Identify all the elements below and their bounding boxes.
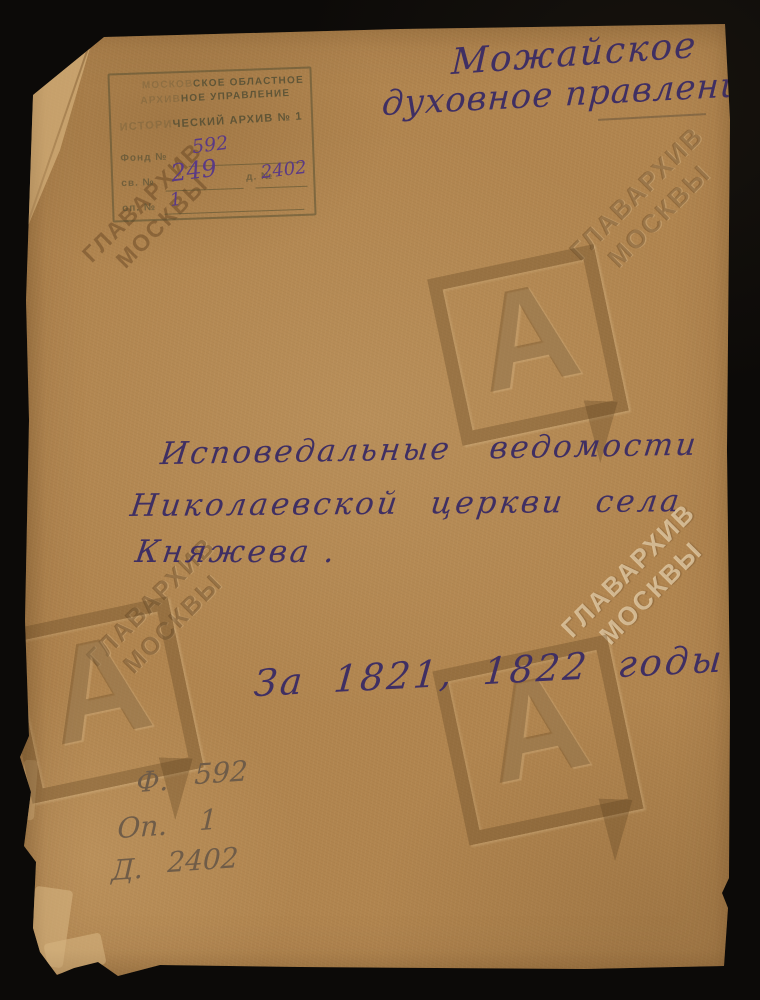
archive-stamp: МОСКОВСКОЕ ОБЛАСТНОЕ АРХИВНОЕ УПРАВЛЕНИЕ… <box>107 66 316 222</box>
logo-tail <box>596 799 632 862</box>
stamp-rule <box>164 209 304 215</box>
reference-delo-value: 2402 <box>167 841 239 879</box>
glavarkhiv-logo-icon: А <box>0 596 204 804</box>
reference-opis-label: Оп. <box>117 809 168 846</box>
title-inscription-line3: Княжева . <box>133 534 340 570</box>
stamp-org-line3: ИСТОРИЧЕСКИЙ АРХИВ № 1 <box>111 110 311 134</box>
stamp-delo-value: 2402 <box>260 157 308 183</box>
stamp-opis-value: 1 <box>169 189 183 211</box>
reference-fond-label: Ф. <box>136 764 169 799</box>
stamp-opis-label: оп. № <box>122 202 156 214</box>
stamp-svyazka-value: 249 <box>169 154 218 187</box>
stamp-rule <box>256 186 308 189</box>
glavarkhiv-logo-icon: А <box>427 244 629 446</box>
scanner-background: ГЛАВАРХИВ МОСКВЫ ГЛАВАРХИВ МОСКВЫ ГЛАВАР… <box>0 0 760 1000</box>
document-cover-page: ГЛАВАРХИВ МОСКВЫ ГЛАВАРХИВ МОСКВЫ ГЛАВАР… <box>0 0 760 1000</box>
reference-fond-value: 592 <box>194 754 248 791</box>
title-inscription-line2: Николаевской церкви села <box>128 483 684 524</box>
reference-opis-value: 1 <box>199 803 218 837</box>
title-inscription-line1: Исповедальные ведомости <box>159 427 701 472</box>
header-underline-stroke <box>598 113 706 121</box>
stamp-fond-label: Фонд № <box>120 152 167 165</box>
stamp-svyazka-label: св. № <box>121 177 155 189</box>
reference-delo-label: Д. <box>111 852 144 887</box>
